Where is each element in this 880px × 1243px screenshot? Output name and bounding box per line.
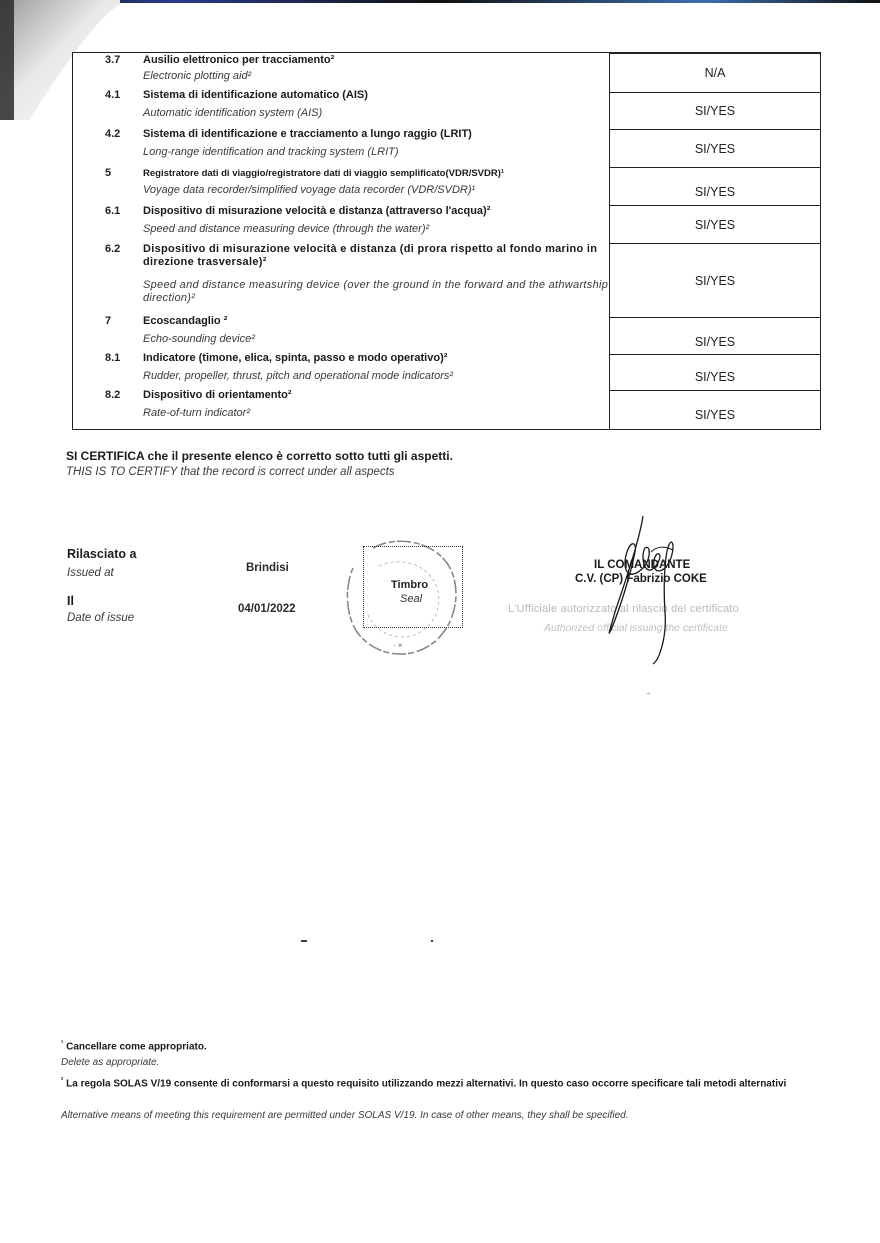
item-label-it: Dispositivo di misurazione velocità e di… xyxy=(143,243,609,269)
item-number: 8.1 xyxy=(105,352,120,364)
item-number: 6.2 xyxy=(105,243,120,255)
item-value: SI/YES xyxy=(609,168,821,206)
item-label-it: Indicatore (timone, elica, spinta, passo… xyxy=(143,352,609,365)
scan-artifact xyxy=(301,940,307,942)
item-value: SI/YES xyxy=(609,244,821,318)
scan-artifact xyxy=(647,693,650,694)
item-label-it: Dispositivo di misurazione velocità e di… xyxy=(143,205,609,218)
date-label-en: Date of issue xyxy=(67,612,134,624)
item-value: SI/YES xyxy=(609,93,821,130)
issued-at-value: Brindisi xyxy=(246,562,289,574)
item-label-it: Ecoscandaglio ² xyxy=(143,315,609,328)
item-value: N/A xyxy=(609,53,821,93)
footnote-marker: ² xyxy=(61,1077,63,1084)
footnote-1-en: Delete as appropriate. xyxy=(61,1057,159,1068)
item-label-it: Dispositivo di orientamento² xyxy=(143,389,609,402)
item-label-en: Electronic plotting aid² xyxy=(143,70,609,83)
scan-top-edge xyxy=(0,0,880,3)
certification-en: THIS IS TO CERTIFY that the record is co… xyxy=(66,466,453,478)
footnote-2-it: ² La regola SOLAS V/19 consente di confo… xyxy=(61,1075,831,1090)
date-label-it: Il xyxy=(67,594,74,608)
item-number: 4.2 xyxy=(105,128,120,140)
stamp-label-it: Timbro xyxy=(391,579,428,591)
item-number: 8.2 xyxy=(105,389,120,401)
item-label-en: Speed and distance measuring device (thr… xyxy=(143,223,609,236)
date-of-issue-value: 04/01/2022 xyxy=(238,603,296,615)
item-number: 4.1 xyxy=(105,89,120,101)
item-label-en: Automatic identification system (AIS) xyxy=(143,107,609,120)
footnote-text: Cancellare come appropriato. xyxy=(66,1041,207,1052)
certification-statement: SI CERTIFICA che il presente elenco è co… xyxy=(66,449,453,478)
handwritten-signature-icon xyxy=(595,512,695,667)
certification-it: SI CERTIFICA che il presente elenco è co… xyxy=(66,449,453,463)
item-label-en: Rudder, propeller, thrust, pitch and ope… xyxy=(143,370,609,383)
item-label-en: Voyage data recorder/simplified voyage d… xyxy=(143,184,609,197)
item-number: 5 xyxy=(105,167,111,179)
item-label-en: Speed and distance measuring device (ove… xyxy=(143,279,609,305)
svg-text:· ×: · × xyxy=(393,641,403,650)
footnote-marker: ¹ xyxy=(61,1040,63,1047)
item-value: SI/YES xyxy=(609,206,821,244)
item-number: 7 xyxy=(105,315,111,327)
item-value: SI/YES xyxy=(609,318,821,355)
footnote-1-it: ¹ Cancellare come appropriato. xyxy=(61,1040,207,1052)
item-number: 3.7 xyxy=(105,54,120,66)
item-number: 6.1 xyxy=(105,205,120,217)
footnote-2-en: Alternative means of meeting this requir… xyxy=(61,1110,629,1121)
item-label-it: Ausilio elettronico per tracciamento² xyxy=(143,54,609,67)
equipment-table: 3.7 Ausilio elettronico per tracciamento… xyxy=(72,52,821,430)
item-label-it: Sistema di identificazione automatico (A… xyxy=(143,89,609,102)
item-label-it: Registratore dati di viaggio/registrator… xyxy=(143,167,609,180)
item-label-en: Rate-of-turn indicator² xyxy=(143,407,609,420)
scan-artifact xyxy=(431,940,433,942)
item-label-en: Long-range identification and tracking s… xyxy=(143,146,609,159)
item-value: SI/YES xyxy=(609,355,821,391)
footnote-text: La regola SOLAS V/19 consente di conform… xyxy=(66,1078,786,1089)
stamp-label-en: Seal xyxy=(400,593,422,605)
issued-at-label-it: Rilasciato a xyxy=(67,547,136,561)
issued-at-label-en: Issued at xyxy=(67,567,114,579)
item-label-it: Sistema di identificazione e tracciament… xyxy=(143,128,609,141)
item-value: SI/YES xyxy=(609,130,821,168)
item-value: SI/YES xyxy=(609,391,821,429)
item-label-en: Echo-sounding device² xyxy=(143,333,609,346)
